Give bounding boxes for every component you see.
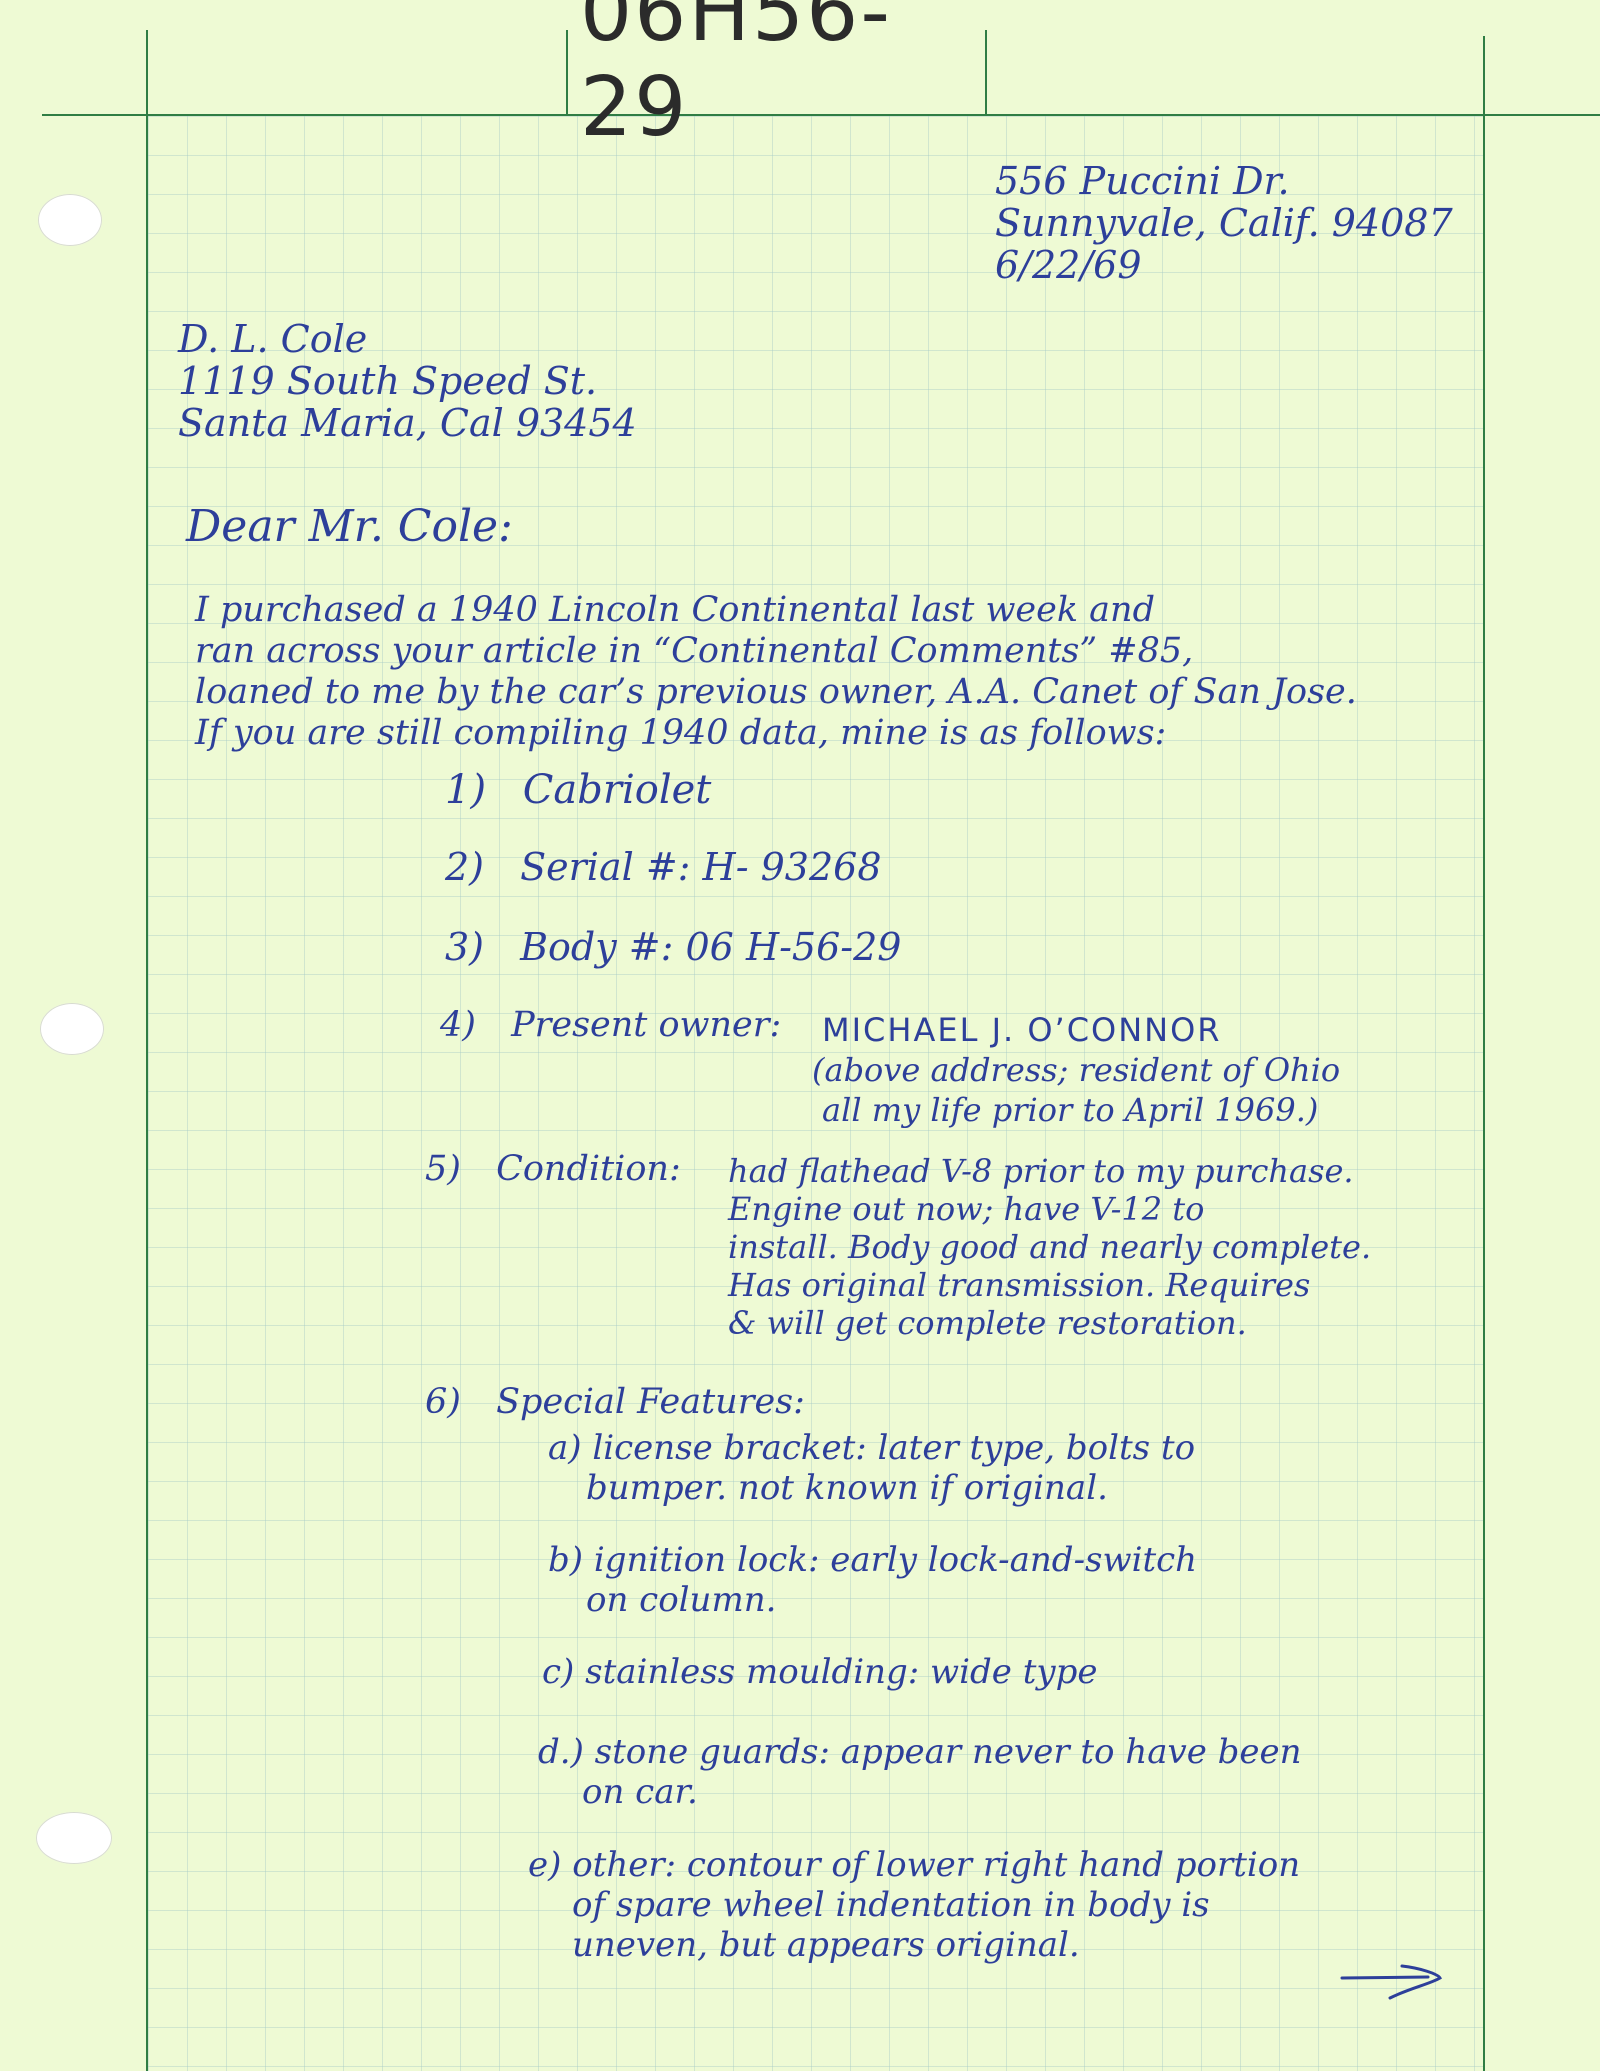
item-6: 6) Special Features: bbox=[425, 1385, 805, 1420]
feature-letter: c) bbox=[542, 1652, 574, 1692]
body-line: If you are still compiling 1940 data, mi… bbox=[195, 713, 1357, 754]
feature-d: d.) stone guards: appear never to have b… bbox=[538, 1732, 1302, 1812]
feature-text: stone guards: appear never to have been bbox=[595, 1732, 1302, 1772]
item-2: 2) Serial #: H- 93268 bbox=[445, 848, 882, 886]
feature-line: bumper. not known if original. bbox=[586, 1468, 1195, 1508]
condition-line: Has original transmission. Requires bbox=[728, 1266, 1371, 1304]
condition-line: install. Body good and nearly complete. bbox=[728, 1228, 1371, 1266]
feature-text: license bracket: later type, bolts to bbox=[592, 1428, 1195, 1468]
item-label: Present owner: bbox=[511, 1005, 781, 1045]
binder-hole-middle bbox=[40, 1003, 104, 1055]
feature-b: b) ignition lock: early lock-and-switch … bbox=[548, 1540, 1197, 1620]
item-number: 3) bbox=[445, 925, 484, 969]
letter-date: 6/22/69 bbox=[995, 244, 1453, 286]
stamp-box-left-line bbox=[566, 30, 568, 116]
feature-line: of spare wheel indentation in body is bbox=[572, 1885, 1300, 1925]
grid-paper-sheet: 06H56-29 556 Puccini Dr. Sunnyvale, Cali… bbox=[0, 0, 1600, 2071]
feature-line: on car. bbox=[582, 1772, 1302, 1812]
left-margin-line bbox=[146, 30, 148, 2071]
item-text: Serial #: H- 93268 bbox=[520, 845, 881, 889]
feature-text: other: contour of lower right hand porti… bbox=[572, 1845, 1300, 1885]
feature-line: on column. bbox=[586, 1580, 1197, 1620]
item-text: Body #: 06 H-56-29 bbox=[520, 925, 901, 969]
sender-address: 556 Puccini Dr. Sunnyvale, Calif. 94087 … bbox=[995, 160, 1453, 286]
item-3: 3) Body #: 06 H-56-29 bbox=[445, 928, 901, 966]
item-1: 1) Cabriolet bbox=[445, 770, 711, 810]
recipient-street: 1119 South Speed St. bbox=[178, 360, 637, 402]
item-number: 1) bbox=[445, 767, 486, 813]
feature-e: e) other: contour of lower right hand po… bbox=[528, 1845, 1300, 1965]
owner-note: (above address; resident of Ohio bbox=[812, 1050, 1340, 1090]
feature-line: e) other: contour of lower right hand po… bbox=[528, 1845, 1300, 1885]
feature-line: d.) stone guards: appear never to have b… bbox=[538, 1732, 1302, 1772]
sender-city: Sunnyvale, Calif. 94087 bbox=[995, 202, 1453, 244]
feature-text: ignition lock: early lock-and-switch bbox=[594, 1540, 1197, 1580]
feature-letter: e) bbox=[528, 1845, 561, 1885]
present-owner-value: MICHAEL J. O’CONNOR (above address; resi… bbox=[822, 1010, 1340, 1130]
body-line: ran across your article in “Continental … bbox=[195, 631, 1357, 672]
condition-text: had flathead V-8 prior to my purchase. E… bbox=[728, 1152, 1371, 1342]
item-number: 4) bbox=[440, 1005, 476, 1045]
item-number: 2) bbox=[445, 845, 484, 889]
feature-text: stainless moulding: wide type bbox=[585, 1652, 1097, 1692]
item-text: Cabriolet bbox=[523, 767, 712, 813]
body-paragraph: I purchased a 1940 Lincoln Continental l… bbox=[195, 590, 1357, 754]
condition-line: Engine out now; have V-12 to bbox=[728, 1190, 1371, 1228]
item-4: 4) Present owner: bbox=[440, 1008, 781, 1043]
condition-line: & will get complete restoration. bbox=[728, 1304, 1371, 1342]
condition-line: had flathead V-8 prior to my purchase. bbox=[728, 1152, 1371, 1190]
item-number: 5) bbox=[425, 1149, 461, 1189]
body-line: loaned to me by the car’s previous owner… bbox=[195, 672, 1357, 713]
feature-letter: a) bbox=[548, 1428, 582, 1468]
feature-a: a) license bracket: later type, bolts to… bbox=[548, 1428, 1195, 1508]
arrow-right-icon bbox=[1340, 1960, 1450, 2000]
owner-name: MICHAEL J. O’CONNOR bbox=[822, 1010, 1340, 1050]
feature-line: uneven, but appears original. bbox=[572, 1925, 1300, 1965]
binder-hole-top bbox=[38, 194, 102, 246]
right-margin-line bbox=[1483, 36, 1485, 2071]
sender-street: 556 Puccini Dr. bbox=[995, 160, 1453, 202]
stamp-box-right-line bbox=[985, 30, 987, 116]
feature-line: a) license bracket: later type, bolts to bbox=[548, 1428, 1195, 1468]
recipient-city: Santa Maria, Cal 93454 bbox=[178, 402, 637, 444]
feature-c: c) stainless moulding: wide type bbox=[542, 1652, 1097, 1692]
item-label: Special Features: bbox=[496, 1382, 805, 1422]
feature-line: c) stainless moulding: wide type bbox=[542, 1652, 1097, 1692]
body-line: I purchased a 1940 Lincoln Continental l… bbox=[195, 590, 1357, 631]
body-number-stamp: 06H56-29 bbox=[580, 8, 980, 112]
owner-note: all my life prior to April 1969.) bbox=[822, 1090, 1340, 1130]
feature-line: b) ignition lock: early lock-and-switch bbox=[548, 1540, 1197, 1580]
feature-letter: b) bbox=[548, 1540, 583, 1580]
recipient-address: D. L. Cole 1119 South Speed St. Santa Ma… bbox=[178, 318, 637, 444]
binder-hole-bottom bbox=[36, 1812, 112, 1864]
feature-letter: d.) bbox=[538, 1732, 584, 1772]
recipient-name: D. L. Cole bbox=[178, 318, 637, 360]
item-5: 5) Condition: bbox=[425, 1152, 681, 1187]
item-number: 6) bbox=[425, 1382, 461, 1422]
item-label: Condition: bbox=[496, 1149, 681, 1189]
salutation: Dear Mr. Cole: bbox=[186, 505, 513, 549]
